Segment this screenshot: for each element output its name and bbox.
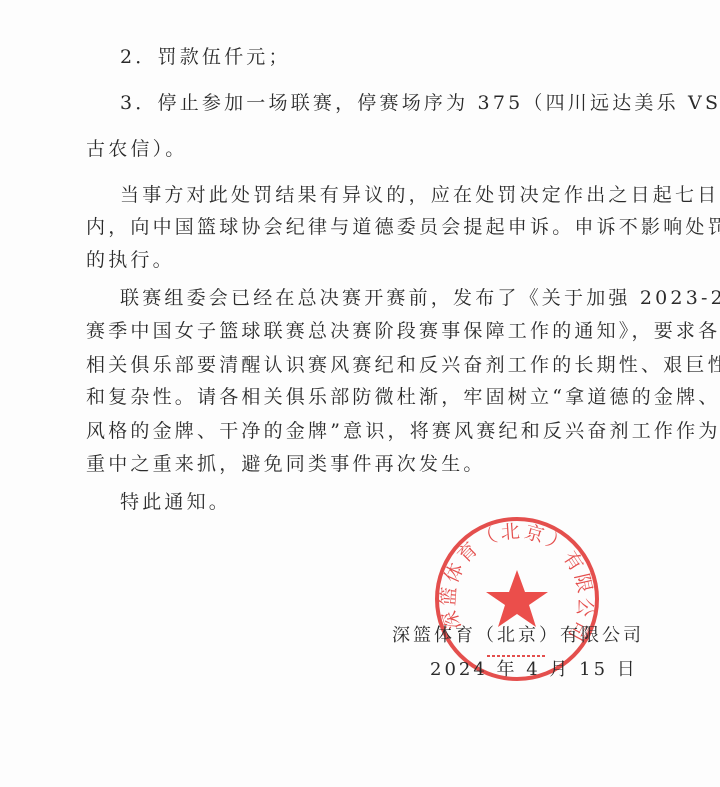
document-page: 2．罚款伍仟元； 3．停止参加一场联赛，停赛场序为 375（四川远达美乐 VS … (0, 0, 720, 787)
paragraph-line: 和复杂性。请各相关俱乐部防微杜渐，牢固树立“拿道德的金牌、 (86, 382, 720, 409)
paragraph-line: 3．停止参加一场联赛，停赛场序为 375（四川远达美乐 VS 内蒙 (120, 88, 720, 115)
paragraph-line: 2．罚款伍仟元； (120, 42, 291, 69)
paragraph-line: 赛季中国女子篮球联赛总决赛阶段赛事保障工作的通知》，要求各 (86, 316, 720, 343)
paragraph-line: 内，向中国篮球协会纪律与道德委员会提起申诉。申诉不影响处罚 (86, 212, 720, 239)
paragraph-line: 相关俱乐部要清醒认识赛风赛纪和反兴奋剂工作的长期性、艰巨性 (86, 350, 720, 377)
paragraph-line: 古农信）。 (86, 134, 188, 161)
paragraph-line: 重中之重来抓，避免同类事件再次发生。 (86, 449, 486, 476)
paragraph-line: 联赛组委会已经在总决赛开赛前，发布了《关于加强 2023-2024 (120, 283, 720, 310)
paragraph-line: 风格的金牌、干净的金牌”意识，将赛风赛纪和反兴奋剂工作作为 (86, 416, 720, 443)
paragraph-line: 特此通知。 (120, 487, 231, 514)
paragraph-line: 当事方对此处罚结果有异议的，应在处罚决定作出之日起七日 (120, 180, 719, 207)
signature-company: 深篮体育（北京）有限公司 (392, 621, 644, 647)
paragraph-line: 的执行。 (86, 245, 175, 272)
signature-date: 2024 年 4 月 15 日 (430, 655, 638, 681)
